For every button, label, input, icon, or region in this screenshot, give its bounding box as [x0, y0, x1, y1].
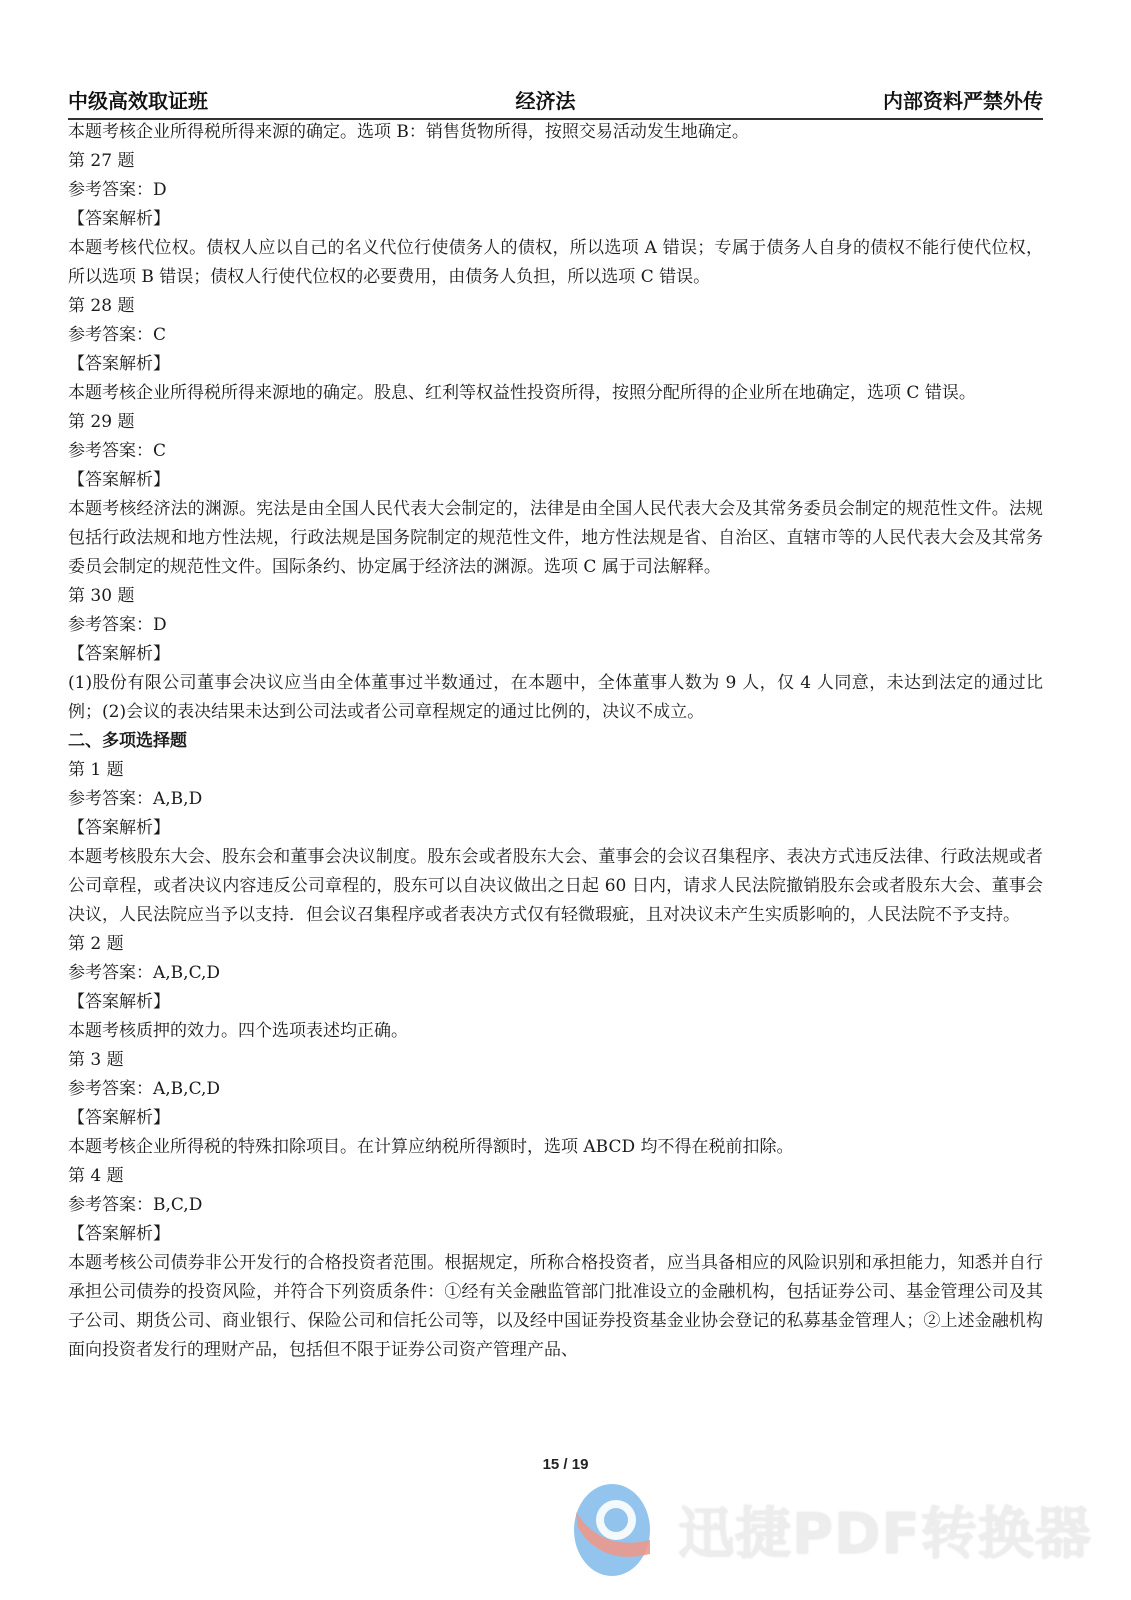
paragraph: 【答案解析】 [68, 1104, 1043, 1133]
paragraph: 参考答案：C [68, 437, 1043, 466]
paragraph: 本题考核企业所得税所得来源地的确定。股息、红利等权益性投资所得，按照分配所得的企… [68, 379, 1043, 408]
paragraph: 本题考核股东大会、股东会和董事会决议制度。股东会或者股东大会、董事会的会议召集程… [68, 843, 1043, 930]
xunjie-logo-icon [572, 1482, 652, 1578]
paragraph: 本题考核公司债券非公开发行的合格投资者范围。根据规定，所称合格投资者，应当具备相… [68, 1249, 1043, 1365]
paragraph: 第 28 题 [68, 292, 1043, 321]
paragraph: 第 29 题 [68, 408, 1043, 437]
section-heading: 二、多项选择题 [68, 727, 1043, 756]
paragraph: 【答案解析】 [68, 466, 1043, 495]
paragraph: 参考答案：B,C,D [68, 1191, 1043, 1220]
watermark: 迅捷PDF转换器 [572, 1482, 1092, 1578]
paragraph: 第 3 题 [68, 1046, 1043, 1075]
paragraph: 参考答案：D [68, 176, 1043, 205]
header-subject: 经济法 [516, 85, 576, 114]
paragraph: 【答案解析】 [68, 814, 1043, 843]
paragraph: 第 30 题 [68, 582, 1043, 611]
page-header: 中级高效取证班 经济法 内部资料严禁外传 [68, 80, 1043, 120]
paragraph: 本题考核代位权。债权人应以自己的名义代位行使债务人的债权，所以选项 A 错误；专… [68, 234, 1043, 292]
header-confidential-notice: 内部资料严禁外传 [883, 85, 1043, 114]
paragraph: 参考答案：D [68, 611, 1043, 640]
page-number: 15 / 19 [0, 1456, 1131, 1473]
watermark-text: 迅捷PDF转换器 [678, 1490, 1092, 1570]
header-course-name: 中级高效取证班 [68, 85, 208, 114]
paragraph: 【答案解析】 [68, 1220, 1043, 1249]
paragraph: 参考答案：C [68, 321, 1043, 350]
paragraph: 本题考核企业所得税的特殊扣除项目。在计算应纳税所得额时，选项 ABCD 均不得在… [68, 1133, 1043, 1162]
document-body: 本题考核企业所得税所得来源的确定。选项 B：销售货物所得，按照交易活动发生地确定… [68, 118, 1043, 1365]
paragraph: 【答案解析】 [68, 205, 1043, 234]
paragraph: 【答案解析】 [68, 640, 1043, 669]
paragraph: 第 27 题 [68, 147, 1043, 176]
paragraph: 参考答案：A,B,C,D [68, 959, 1043, 988]
paragraph: 第 2 题 [68, 930, 1043, 959]
paragraph: 本题考核经济法的渊源。宪法是由全国人民代表大会制定的，法律是由全国人民代表大会及… [68, 495, 1043, 582]
paragraph: 参考答案：A,B,D [68, 785, 1043, 814]
paragraph: (1)股份有限公司董事会决议应当由全体董事过半数通过，在本题中，全体董事人数为 … [68, 669, 1043, 727]
paragraph: 本题考核质押的效力。四个选项表述均正确。 [68, 1017, 1043, 1046]
paragraph: 第 1 题 [68, 756, 1043, 785]
paragraph: 第 4 题 [68, 1162, 1043, 1191]
paragraph: 参考答案：A,B,C,D [68, 1075, 1043, 1104]
paragraph: 【答案解析】 [68, 350, 1043, 379]
paragraph: 【答案解析】 [68, 988, 1043, 1017]
paragraph: 本题考核企业所得税所得来源的确定。选项 B：销售货物所得，按照交易活动发生地确定… [68, 118, 1043, 147]
